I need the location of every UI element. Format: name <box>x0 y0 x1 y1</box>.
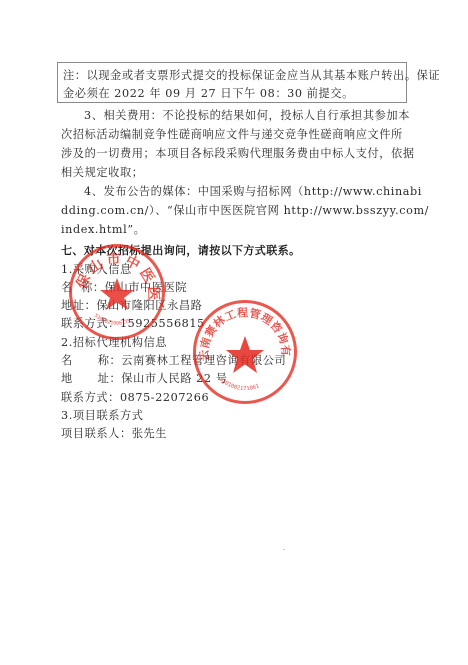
media-line-3: index.html”。 <box>61 223 145 237</box>
fees-line-1: 3、相关费用：不论投标的结果如何，投标人自行承担其参加本 <box>84 109 410 123</box>
purchaser-phone: 联系方式：15925556815 <box>61 317 205 331</box>
fees-line-4: 相关规定收取； <box>61 166 144 180</box>
contact-heading: 七、对本次招标提出询问，请按以下方式联系。 <box>61 244 300 258</box>
agency-name: 名 称：云南赛林工程管理咨询有限公司 <box>61 354 286 368</box>
note-line-1: 注：以现金或者支票形式提交的投标保证金应当从其基本账户转出。保证 <box>63 69 440 83</box>
agency-seal-stamp: 云南赛林工程管理咨询有限公司 5301002171061 <box>193 300 297 404</box>
purchaser-title: 1.采购人信息 <box>61 263 132 277</box>
project-person: 项目联系人：张先生 <box>61 427 167 441</box>
fees-line-2: 次招标活动编制竞争性磋商响应文件与递交竞争性磋商响应文件所 <box>61 128 403 142</box>
deposit-note-box: 注：以现金或者支票形式提交的投标保证金应当从其基本账户转出。保证 金必须在 20… <box>57 62 407 103</box>
agency-address: 地 址：保山市人民路 22 号 <box>61 372 228 386</box>
media-line-1: 4、发布公告的媒体：中国采购与招标网（http://www.chinabi <box>84 185 422 199</box>
svg-text:云南赛林工程管理咨询有限公司: 云南赛林工程管理咨询有限公司 <box>193 300 293 361</box>
agency-phone: 联系方式：0875-2207266 <box>61 391 209 405</box>
scan-speck <box>283 549 285 550</box>
document-page: 注：以现金或者支票形式提交的投标保证金应当从其基本账户转出。保证 金必须在 20… <box>0 0 468 665</box>
purchaser-name: 名 称：保山市中医医院 <box>61 281 187 295</box>
agency-title: 2.招标代理机构信息 <box>61 336 167 350</box>
media-line-2: dding.com.cn/）、“保山市中医医院官网 http://www.bss… <box>61 204 429 218</box>
purchaser-address: 地址：保山市隆阳区永昌路 <box>61 299 202 313</box>
note-line-2: 金必须在 2022 年 09 月 27 日下午 08：30 前提交。 <box>63 87 354 101</box>
fees-line-3: 涉及的一切费用；本项目各标段采购代理服务费由中标人支付，依据 <box>61 147 415 161</box>
project-title: 3.项目联系方式 <box>61 409 144 423</box>
seal-star-icon: 云南赛林工程管理咨询有限公司 5301002171061 <box>193 300 297 404</box>
